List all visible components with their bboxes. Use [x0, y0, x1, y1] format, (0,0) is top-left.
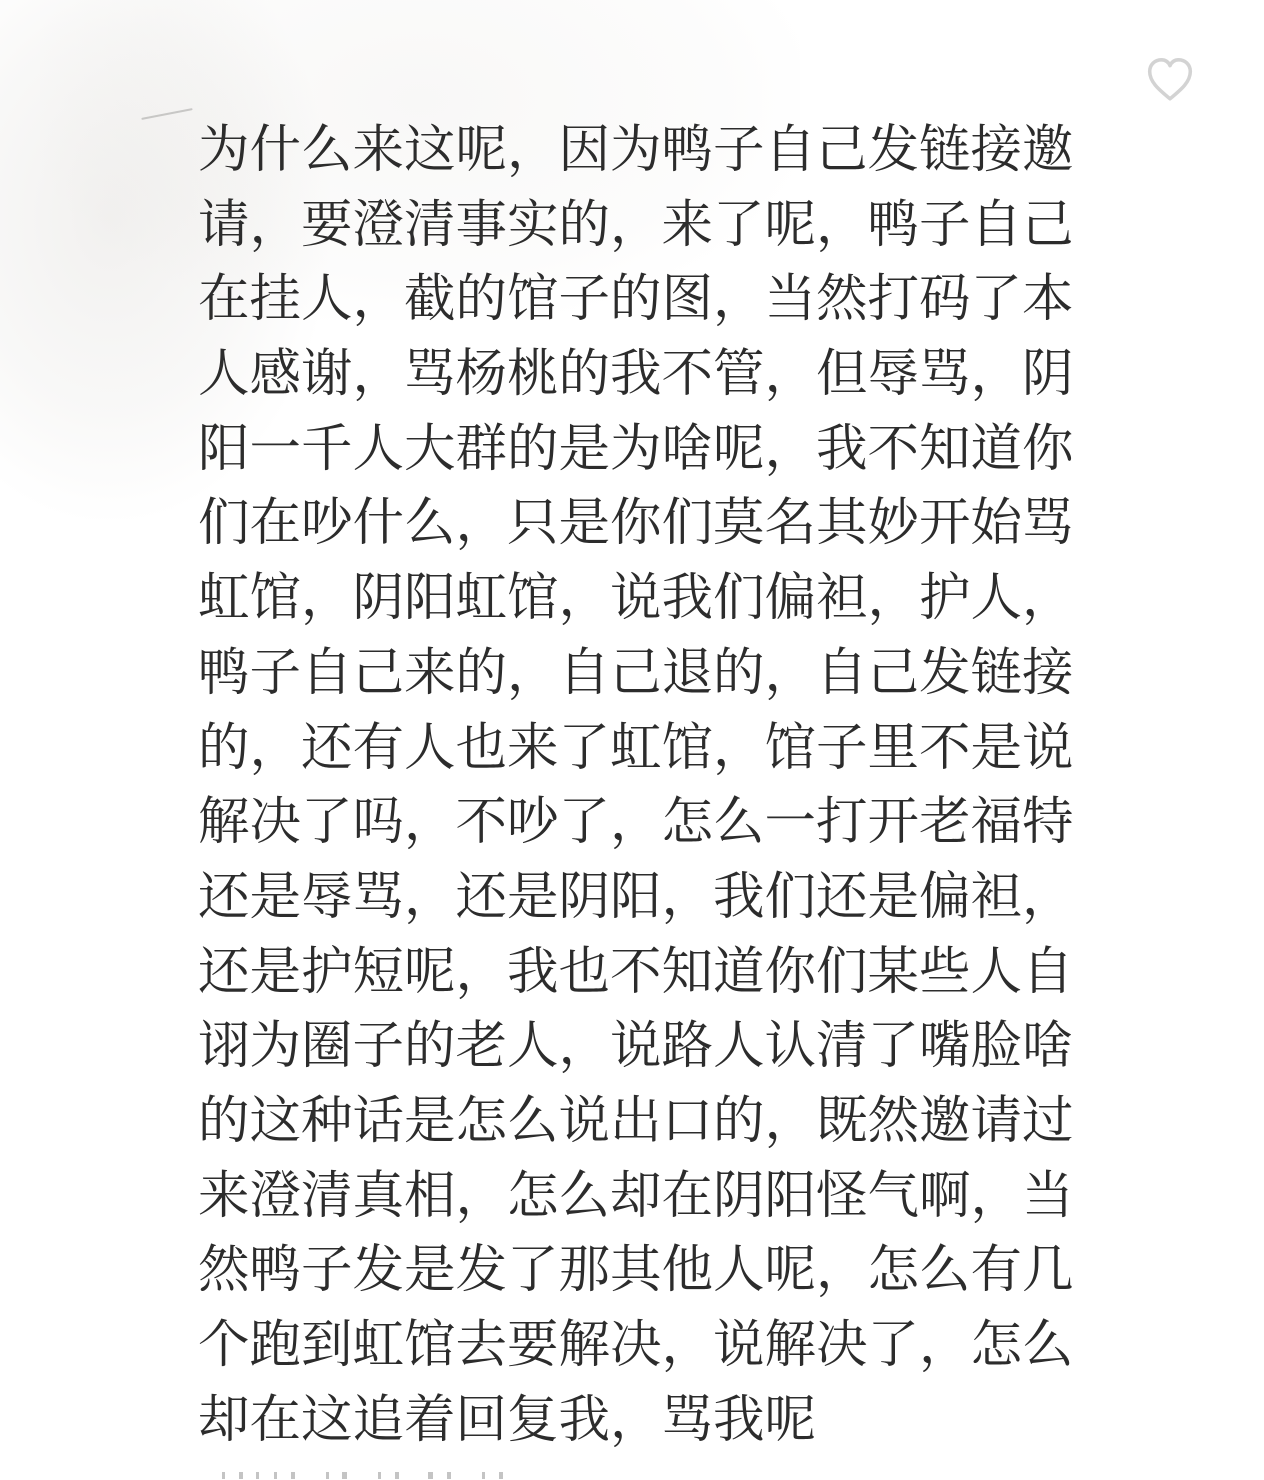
text-line: 的，还有人也来了虹馆，馆子里不是说	[198, 710, 1074, 785]
post-text: 为什么来这呢，因为鸭子自己发链接邀请，要澄清事实的，来了呢，鸭子自己在挂人，截的…	[198, 112, 1074, 1456]
truncated-next-line-tops	[222, 1472, 504, 1479]
text-line: 请，要澄清事实的，来了呢，鸭子自己	[198, 187, 1074, 262]
text-line: 阳一千人大群的是为啥呢，我不知道你	[198, 411, 1074, 486]
text-line: 还是护短呢，我也不知道你们某些人自	[198, 934, 1074, 1009]
text-line: 个跑到虹馆去要解决，说解决了，怎么	[198, 1307, 1074, 1382]
text-line: 诩为圈子的老人，说路人认清了嘴脸啥	[198, 1008, 1074, 1083]
text-line: 然鸭子发是发了那其他人呢，怎么有几	[198, 1232, 1074, 1307]
text-line: 在挂人，截的馆子的图，当然打码了本	[198, 261, 1074, 336]
post-screenshot: 为什么来这呢，因为鸭子自己发链接邀请，要澄清事实的，来了呢，鸭子自己在挂人，截的…	[0, 0, 1264, 1480]
text-line: 虹馆，阴阳虹馆，说我们偏袒，护人，	[198, 560, 1074, 635]
text-line: 为什么来这呢，因为鸭子自己发链接邀	[198, 112, 1074, 187]
text-line: 鸭子自己来的，自己退的，自己发链接	[198, 635, 1074, 710]
heart-outline-icon	[1145, 56, 1195, 103]
text-line: 还是辱骂，还是阴阳，我们还是偏袒，	[198, 859, 1074, 934]
text-line: 人感谢，骂杨桃的我不管，但辱骂，阴	[198, 336, 1074, 411]
text-line: 却在这追着回复我，骂我呢	[198, 1382, 1074, 1457]
text-line: 们在吵什么，只是你们莫名其妙开始骂	[198, 485, 1074, 560]
background-scratch-mark	[141, 108, 192, 120]
text-line: 的这种话是怎么说出口的，既然邀请过	[198, 1083, 1074, 1158]
text-line: 来澄清真相，怎么却在阴阳怪气啊，当	[198, 1158, 1074, 1233]
like-button[interactable]	[1140, 51, 1200, 107]
text-line: 解决了吗，不吵了，怎么一打开老福特	[198, 784, 1074, 859]
